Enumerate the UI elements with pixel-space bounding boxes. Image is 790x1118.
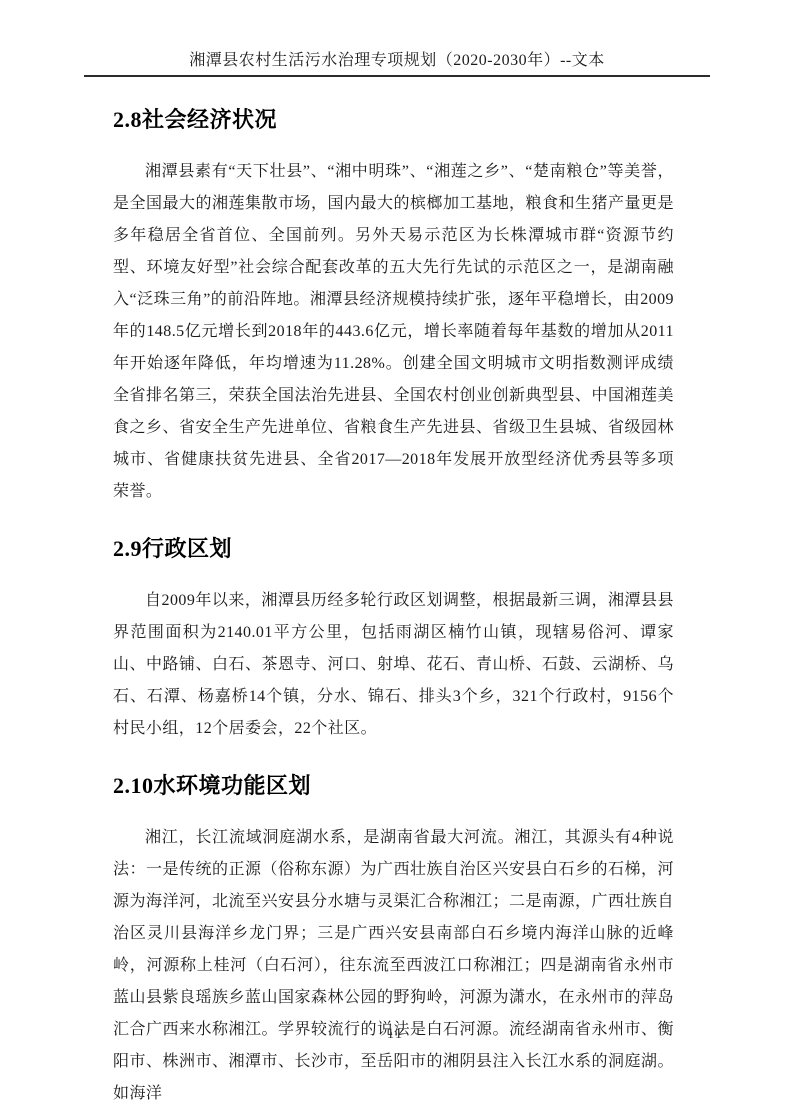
section-heading-2-10: 2.10水环境功能区划 [113, 772, 674, 800]
document-body: 2.8社会经济状况 湘潭县素有“天下壮县”、“湘中明珠”、“湘莲之乡”、“楚南粮… [113, 106, 674, 1110]
section-heading-2-9: 2.9行政区划 [113, 535, 674, 563]
section-heading-2-8: 2.8社会经济状况 [113, 106, 674, 134]
section-2-10-paragraph: 湘江，长江流域洞庭湖水系，是湖南省最大河流。湘江，其源头有4种说法：一是传统的正… [113, 822, 674, 1110]
document-page: 湘潭县农村生活污水治理专项规划（2020-2030年）--文本 2.8社会经济状… [0, 0, 790, 1118]
section-2-9-paragraph: 自2009年以来，湘潭县历经多轮行政区划调整，根据最新三调，湘潭县县界范围面积为… [113, 585, 674, 745]
section-2-8-paragraph: 湘潭县素有“天下壮县”、“湘中明珠”、“湘莲之乡”、“楚南粮仓”等美誉，是全国最… [113, 156, 674, 508]
section-water-environment-zoning: 2.10水环境功能区划 湘江，长江流域洞庭湖水系，是湖南省最大河流。湘江，其源头… [113, 772, 674, 1110]
page-number: 11 [0, 1026, 790, 1043]
section-social-economy: 2.8社会经济状况 湘潭县素有“天下壮县”、“湘中明珠”、“湘莲之乡”、“楚南粮… [113, 106, 674, 508]
header-title: 湘潭县农村生活污水治理专项规划（2020-2030年）--文本 [84, 50, 710, 72]
section-administrative-divisions: 2.9行政区划 自2009年以来，湘潭县历经多轮行政区划调整，根据最新三调，湘潭… [113, 535, 674, 745]
page-header: 湘潭县农村生活污水治理专项规划（2020-2030年）--文本 [84, 0, 710, 77]
